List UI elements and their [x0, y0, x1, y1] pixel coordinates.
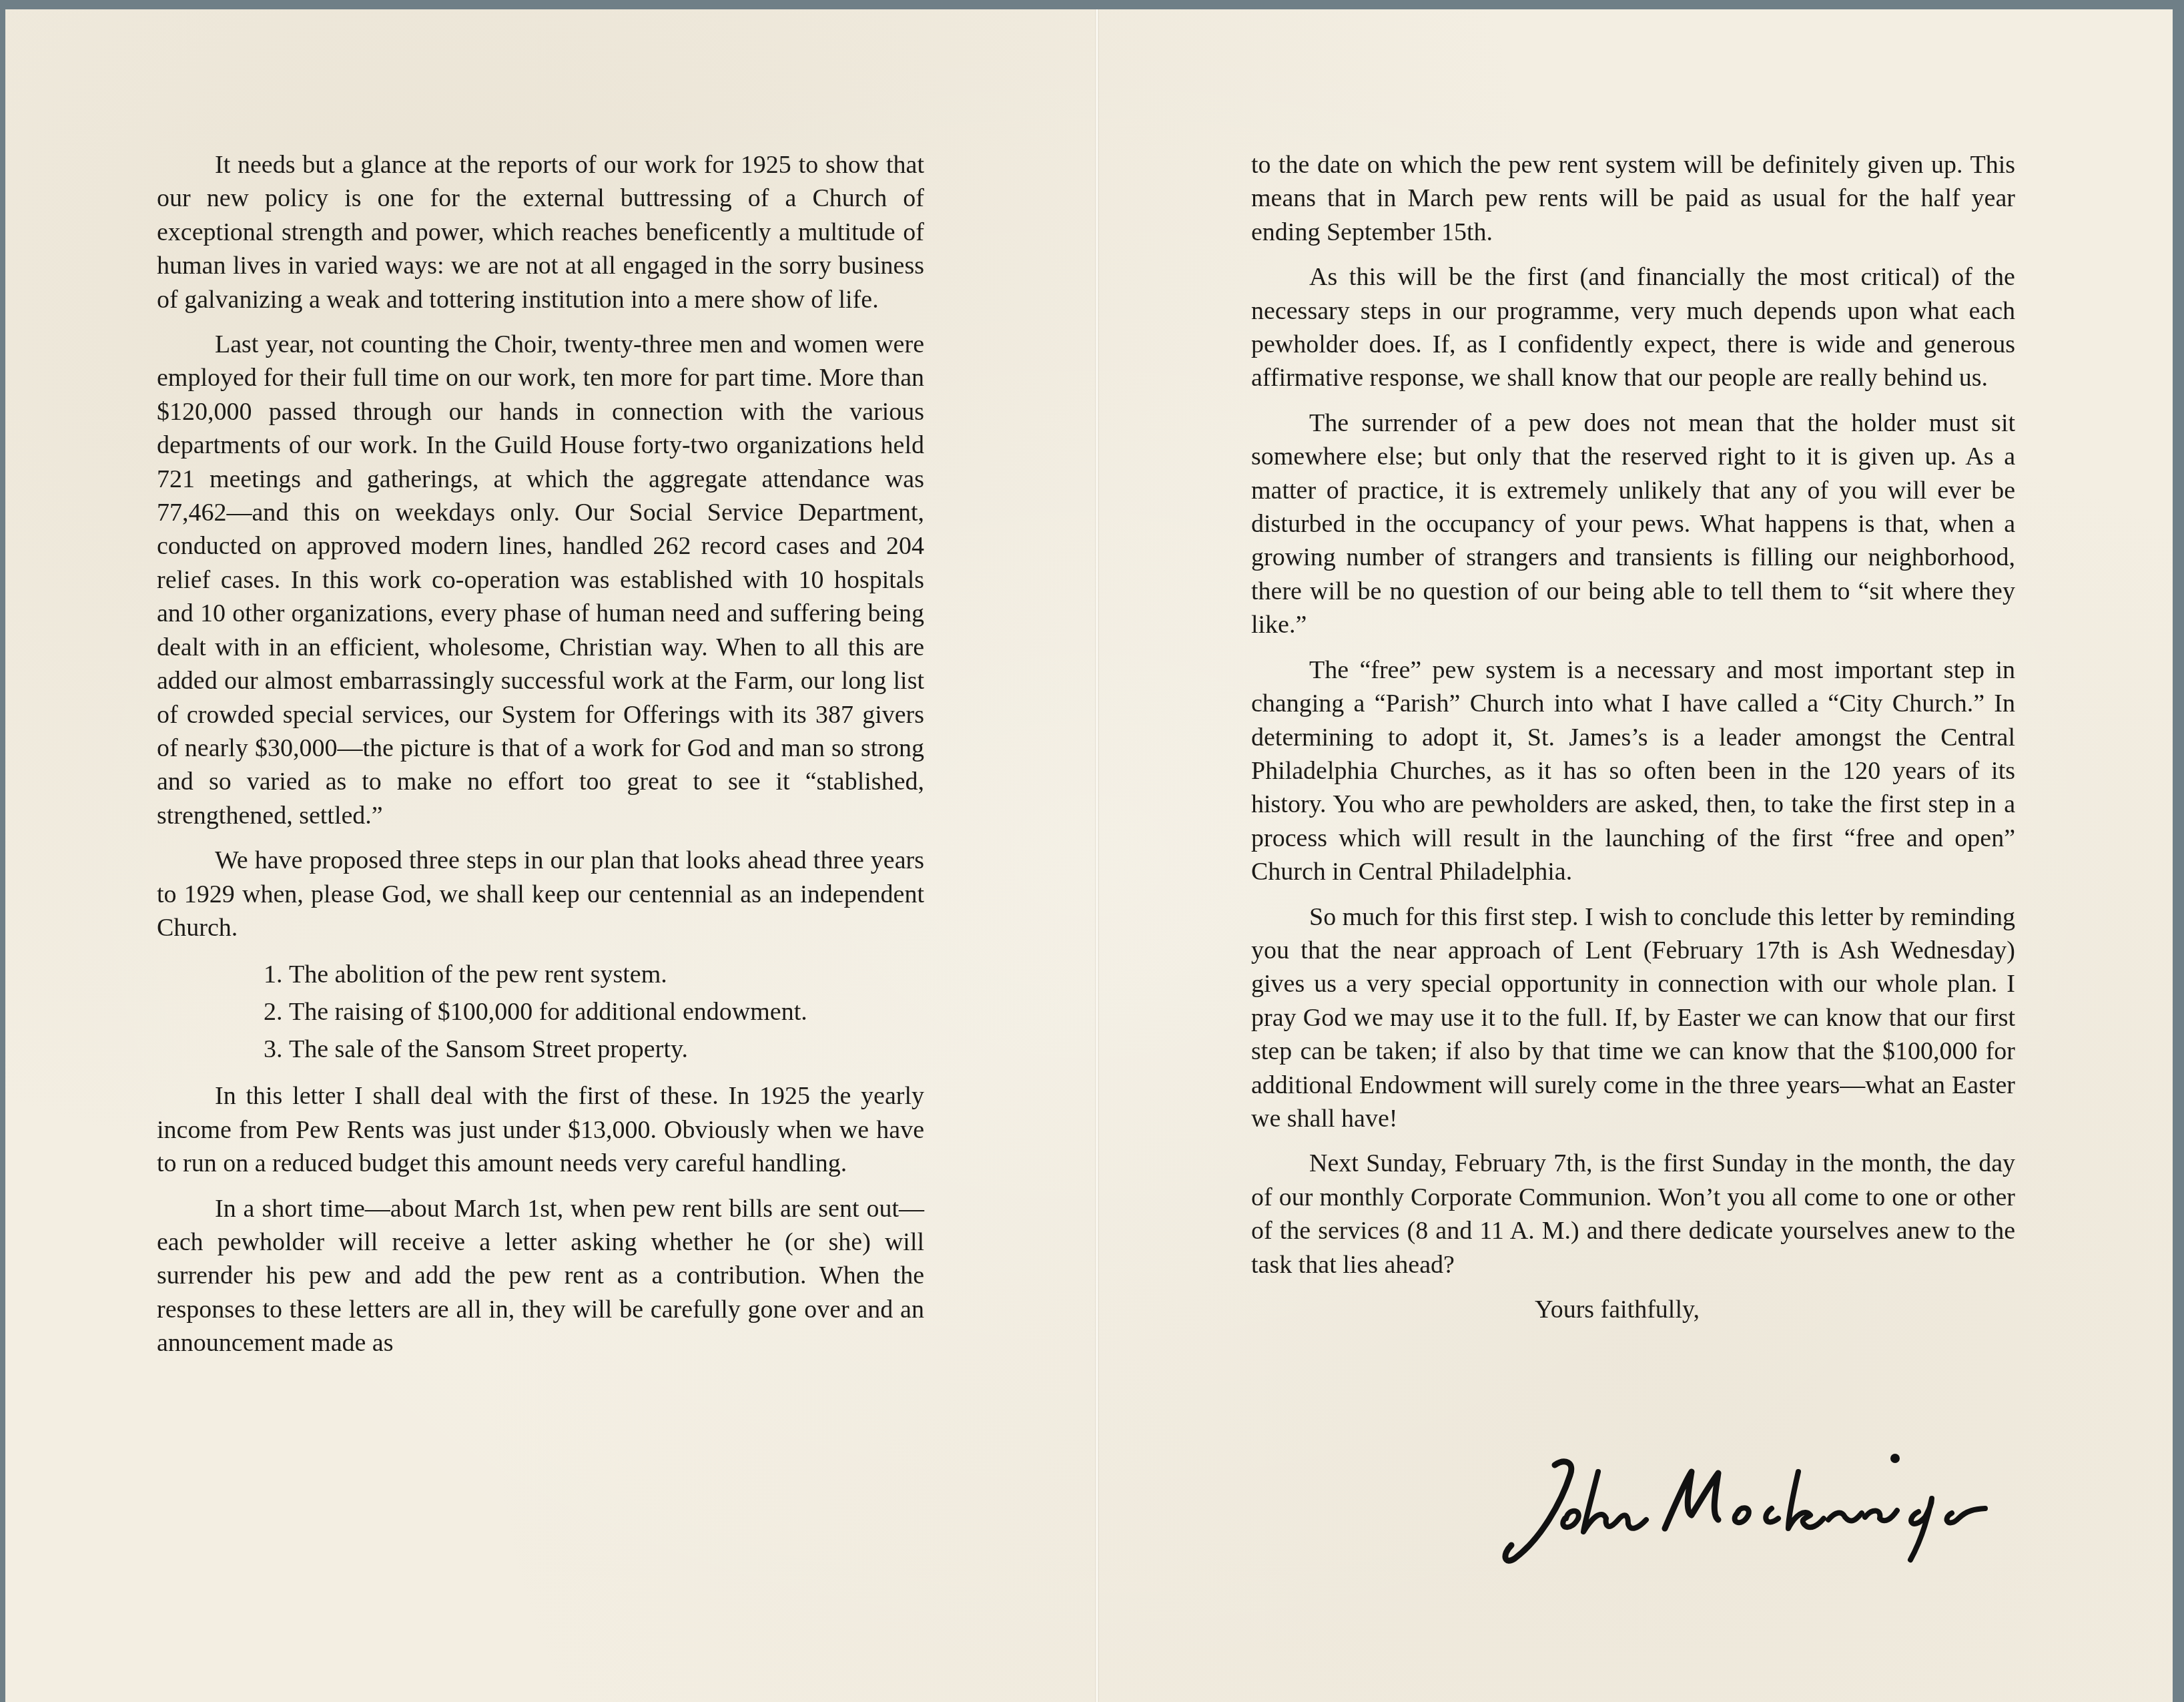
- paragraph-first-step: As this will be the first (and financial…: [1251, 260, 2015, 395]
- step-number: 1.: [264, 956, 289, 993]
- step-text: The raising of $100,000 for additional e…: [289, 998, 807, 1026]
- step-number: 2.: [264, 993, 289, 1031]
- paragraph-free-pew: The “free” pew system is a necessary and…: [1251, 653, 2015, 889]
- step-item: 2.The raising of $100,000 for additional…: [264, 993, 924, 1031]
- steps-list: 1.The abolition of the pew rent system. …: [157, 956, 924, 1068]
- step-number: 3.: [264, 1031, 289, 1068]
- paragraph-lent: So much for this first step. I wish to c…: [1251, 900, 2015, 1136]
- step-item: 3.The sale of the Sansom Street property…: [264, 1031, 924, 1068]
- paragraph-three-steps: We have proposed three steps in our plan…: [157, 844, 924, 944]
- step-text: The sale of the Sansom Street property.: [289, 1035, 688, 1063]
- page-fold: [1095, 9, 1099, 1702]
- right-page: to the date on which the pew rent system…: [1251, 148, 2015, 1338]
- paragraph-intro: It needs but a glance at the reports of …: [157, 148, 924, 316]
- paragraph-last-year: Last year, not counting the Choir, twent…: [157, 328, 924, 832]
- step-text: The abolition of the pew rent system.: [289, 960, 667, 988]
- handwritten-signature-icon: [1491, 1445, 2012, 1569]
- paragraph-surrender: The surrender of a pew does not mean tha…: [1251, 406, 2015, 642]
- paragraph-next-sunday: Next Sunday, February 7th, is the first …: [1251, 1147, 2015, 1282]
- paragraph-short-time: In a short time—about March 1st, when pe…: [157, 1192, 924, 1360]
- paragraph-pew-rents: In this letter I shall deal with the fir…: [157, 1079, 924, 1180]
- step-item: 1.The abolition of the pew rent system.: [264, 956, 924, 993]
- left-page: It needs but a glance at the reports of …: [157, 148, 924, 1372]
- paragraph-continuation: to the date on which the pew rent system…: [1251, 148, 2015, 249]
- closing: Yours faithfully,: [1251, 1293, 2015, 1326]
